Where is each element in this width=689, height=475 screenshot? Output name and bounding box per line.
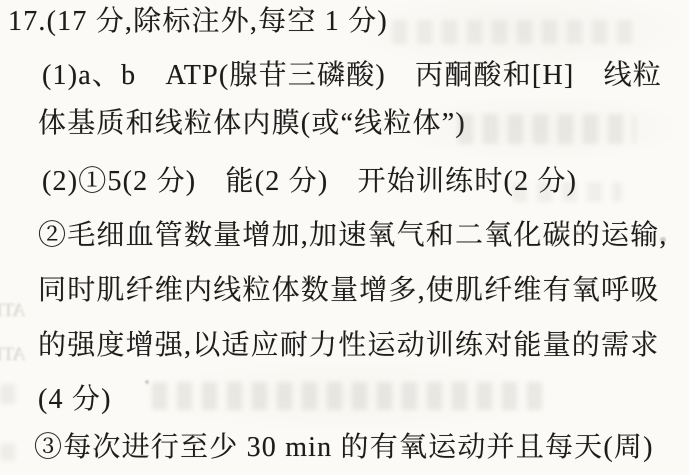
scan-speck-3 — [145, 380, 149, 384]
bleedthrough-ghost-atp-1: ATP — [0, 300, 26, 322]
answer-line-3: (2)①5(2 分) 能(2 分) 开始训练时(2 分) — [42, 164, 577, 199]
answer-line-4: ②毛细血管数量增加,加速氧气和二氧化碳的运输, — [38, 218, 668, 253]
bleedthrough-smudge-line3-right — [512, 182, 622, 202]
bleedthrough-ghost-atp-2: ATP — [0, 344, 26, 366]
bleedthrough-smudge-line2-right — [458, 114, 636, 144]
bleedthrough-smudge-top-right — [392, 20, 640, 44]
answer-line-2: 体基质和线粒体内膜(或“线粒体”) — [38, 106, 466, 141]
answer-line-1: (1)a、b ATP(腺苷三磷酸) 丙酮酸和[H] 线粒 — [42, 58, 662, 93]
question-header-line: 17.(17 分,除标注外,每空 1 分) — [8, 4, 388, 39]
bleedthrough-smudge-bottom-left — [0, 443, 16, 461]
scan-speck-2 — [575, 231, 579, 235]
answer-line-7: (4 分) — [38, 382, 112, 417]
answer-line-6: 的强度增强,以适应耐力性运动训练对能量的需求 — [38, 328, 659, 363]
bleedthrough-smudge-line7-right — [152, 382, 550, 410]
answer-line-5: 同时肌纤维内线粒体数量增多,使肌纤维有氧呼吸 — [38, 273, 659, 308]
bleedthrough-smudge-left-edge — [0, 384, 22, 404]
scanned-answer-page: 17.(17 分,除标注外,每空 1 分) (1)a、b ATP(腺苷三磷酸) … — [0, 0, 689, 475]
answer-line-8: ③每次进行至少 30 min 的有氧运动并且每天(周) — [34, 430, 654, 465]
scan-speck-1 — [660, 237, 666, 242]
